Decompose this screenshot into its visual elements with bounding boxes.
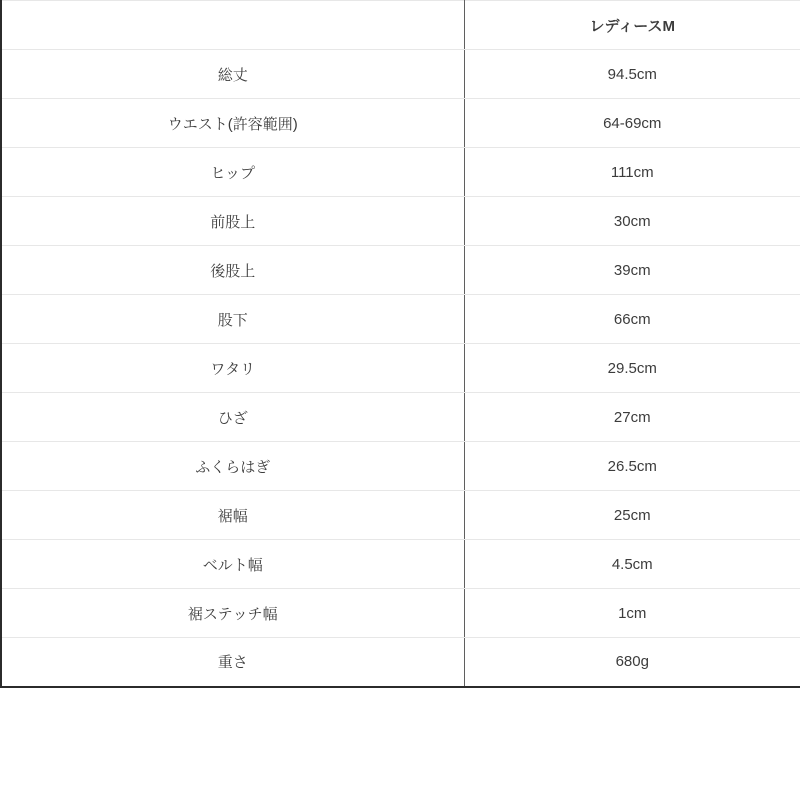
size-chart-table: レディースM 総丈 94.5cm ウエスト(許容範囲) 64-69cm ヒップ …	[0, 0, 800, 688]
measurement-label: ヒップ	[1, 148, 464, 197]
table-row: 重さ 680g	[1, 638, 800, 687]
table-row: 総丈 94.5cm	[1, 50, 800, 99]
table-row: ひざ 27cm	[1, 393, 800, 442]
measurement-label: 裾幅	[1, 491, 464, 540]
measurement-value: 4.5cm	[464, 540, 800, 589]
measurement-label: ひざ	[1, 393, 464, 442]
table-row: ウエスト(許容範囲) 64-69cm	[1, 99, 800, 148]
table-row: ベルト幅 4.5cm	[1, 540, 800, 589]
measurement-label: ワタリ	[1, 344, 464, 393]
measurement-label: 重さ	[1, 638, 464, 687]
measurement-value: 29.5cm	[464, 344, 800, 393]
header-size-cell: レディースM	[464, 1, 800, 50]
measurement-value: 30cm	[464, 197, 800, 246]
measurement-value: 111cm	[464, 148, 800, 197]
page: レディースM 総丈 94.5cm ウエスト(許容範囲) 64-69cm ヒップ …	[0, 0, 800, 800]
table-row: 前股上 30cm	[1, 197, 800, 246]
header-empty-cell	[1, 1, 464, 50]
measurement-value: 64-69cm	[464, 99, 800, 148]
measurement-label: 前股上	[1, 197, 464, 246]
measurement-label: 総丈	[1, 50, 464, 99]
table-row: ヒップ 111cm	[1, 148, 800, 197]
measurement-value: 26.5cm	[464, 442, 800, 491]
table-row: 股下 66cm	[1, 295, 800, 344]
measurement-label: 裾ステッチ幅	[1, 589, 464, 638]
table-row: ワタリ 29.5cm	[1, 344, 800, 393]
measurement-value: 27cm	[464, 393, 800, 442]
table-row: 後股上 39cm	[1, 246, 800, 295]
table-row: 裾幅 25cm	[1, 491, 800, 540]
measurement-label: 股下	[1, 295, 464, 344]
measurement-value: 66cm	[464, 295, 800, 344]
measurement-value: 680g	[464, 638, 800, 687]
measurement-label: ふくらはぎ	[1, 442, 464, 491]
measurement-label: ベルト幅	[1, 540, 464, 589]
table-row: ふくらはぎ 26.5cm	[1, 442, 800, 491]
table-header-row: レディースM	[1, 1, 800, 50]
measurement-label: ウエスト(許容範囲)	[1, 99, 464, 148]
measurement-value: 25cm	[464, 491, 800, 540]
measurement-label: 後股上	[1, 246, 464, 295]
table-row: 裾ステッチ幅 1cm	[1, 589, 800, 638]
size-table-body: 総丈 94.5cm ウエスト(許容範囲) 64-69cm ヒップ 111cm 前…	[1, 50, 800, 687]
measurement-value: 39cm	[464, 246, 800, 295]
measurement-value: 94.5cm	[464, 50, 800, 99]
measurement-value: 1cm	[464, 589, 800, 638]
